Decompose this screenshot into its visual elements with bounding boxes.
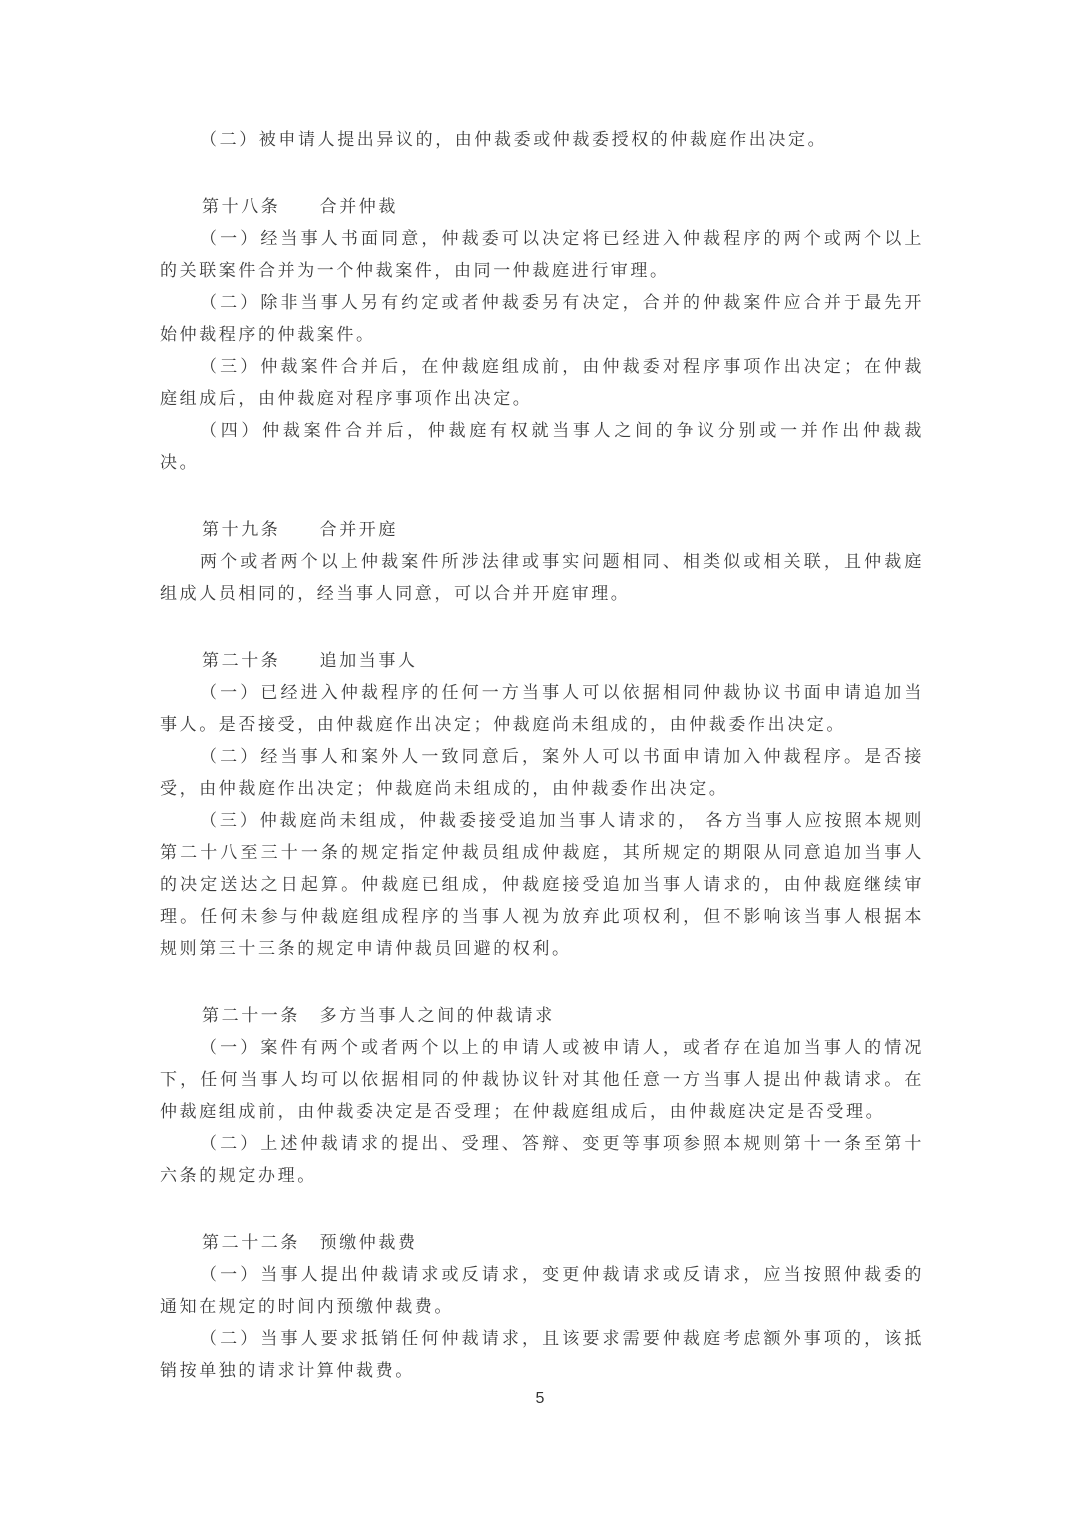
paragraph: （二）被申请人提出异议的，由仲裁委或仲裁委授权的仲裁庭作出决定。: [160, 124, 924, 156]
paragraph: （一）当事人提出仲裁请求或反请求，变更仲裁请求或反请求，应当按照仲裁委的通知在规…: [160, 1259, 924, 1323]
article-section: 第二十条 追加当事人（一）已经进入仲裁程序的任何一方当事人可以依据相同仲裁协议书…: [160, 645, 924, 965]
article-heading: 第二十一条 多方当事人之间的仲裁请求: [160, 1000, 924, 1032]
paragraph: （一）经当事人书面同意，仲裁委可以决定将已经进入仲裁程序的两个或两个以上的关联案…: [160, 223, 924, 287]
paragraph: （二）除非当事人另有约定或者仲裁委另有决定，合并的仲裁案件应合并于最先开始仲裁程…: [160, 287, 924, 351]
article-section: 第二十一条 多方当事人之间的仲裁请求（一）案件有两个或者两个以上的申请人或被申请…: [160, 1000, 924, 1192]
paragraph: （三）仲裁案件合并后，在仲裁庭组成前，由仲裁委对程序事项作出决定；在仲裁庭组成后…: [160, 351, 924, 415]
article-heading: 第二十二条 预缴仲裁费: [160, 1227, 924, 1259]
article-section: 第十八条 合并仲裁（一）经当事人书面同意，仲裁委可以决定将已经进入仲裁程序的两个…: [160, 191, 924, 479]
document-page: （二）被申请人提出异议的，由仲裁委或仲裁委授权的仲裁庭作出决定。第十八条 合并仲…: [0, 0, 1080, 1527]
article-heading: 第二十条 追加当事人: [160, 645, 924, 677]
paragraph: （三）仲裁庭尚未组成，仲裁委接受追加当事人请求的， 各方当事人应按照本规则第二十…: [160, 805, 924, 965]
paragraph: 两个或者两个以上仲裁案件所涉法律或事实问题相同、相类似或相关联，且仲裁庭组成人员…: [160, 546, 924, 610]
article-section: 第十九条 合并开庭两个或者两个以上仲裁案件所涉法律或事实问题相同、相类似或相关联…: [160, 514, 924, 610]
article-heading: 第十九条 合并开庭: [160, 514, 924, 546]
page-number: 5: [0, 1390, 1080, 1408]
paragraph: （一）案件有两个或者两个以上的申请人或被申请人，或者存在追加当事人的情况下，任何…: [160, 1032, 924, 1128]
paragraph: （二）当事人要求抵销任何仲裁请求，且该要求需要仲裁庭考虑额外事项的，该抵销按单独…: [160, 1323, 924, 1387]
article-heading: 第十八条 合并仲裁: [160, 191, 924, 223]
paragraph: （一）已经进入仲裁程序的任何一方当事人可以依据相同仲裁协议书面申请追加当事人。是…: [160, 677, 924, 741]
paragraph: （二）经当事人和案外人一致同意后，案外人可以书面申请加入仲裁程序。是否接受，由仲…: [160, 741, 924, 805]
article-section: 第二十二条 预缴仲裁费（一）当事人提出仲裁请求或反请求，变更仲裁请求或反请求，应…: [160, 1227, 924, 1387]
paragraph: （二）上述仲裁请求的提出、受理、答辩、变更等事项参照本规则第十一条至第十六条的规…: [160, 1128, 924, 1192]
document-content: （二）被申请人提出异议的，由仲裁委或仲裁委授权的仲裁庭作出决定。第十八条 合并仲…: [160, 124, 924, 1387]
paragraph: （四）仲裁案件合并后，仲裁庭有权就当事人之间的争议分别或一并作出仲裁裁决。: [160, 415, 924, 479]
article-section: （二）被申请人提出异议的，由仲裁委或仲裁委授权的仲裁庭作出决定。: [160, 124, 924, 156]
